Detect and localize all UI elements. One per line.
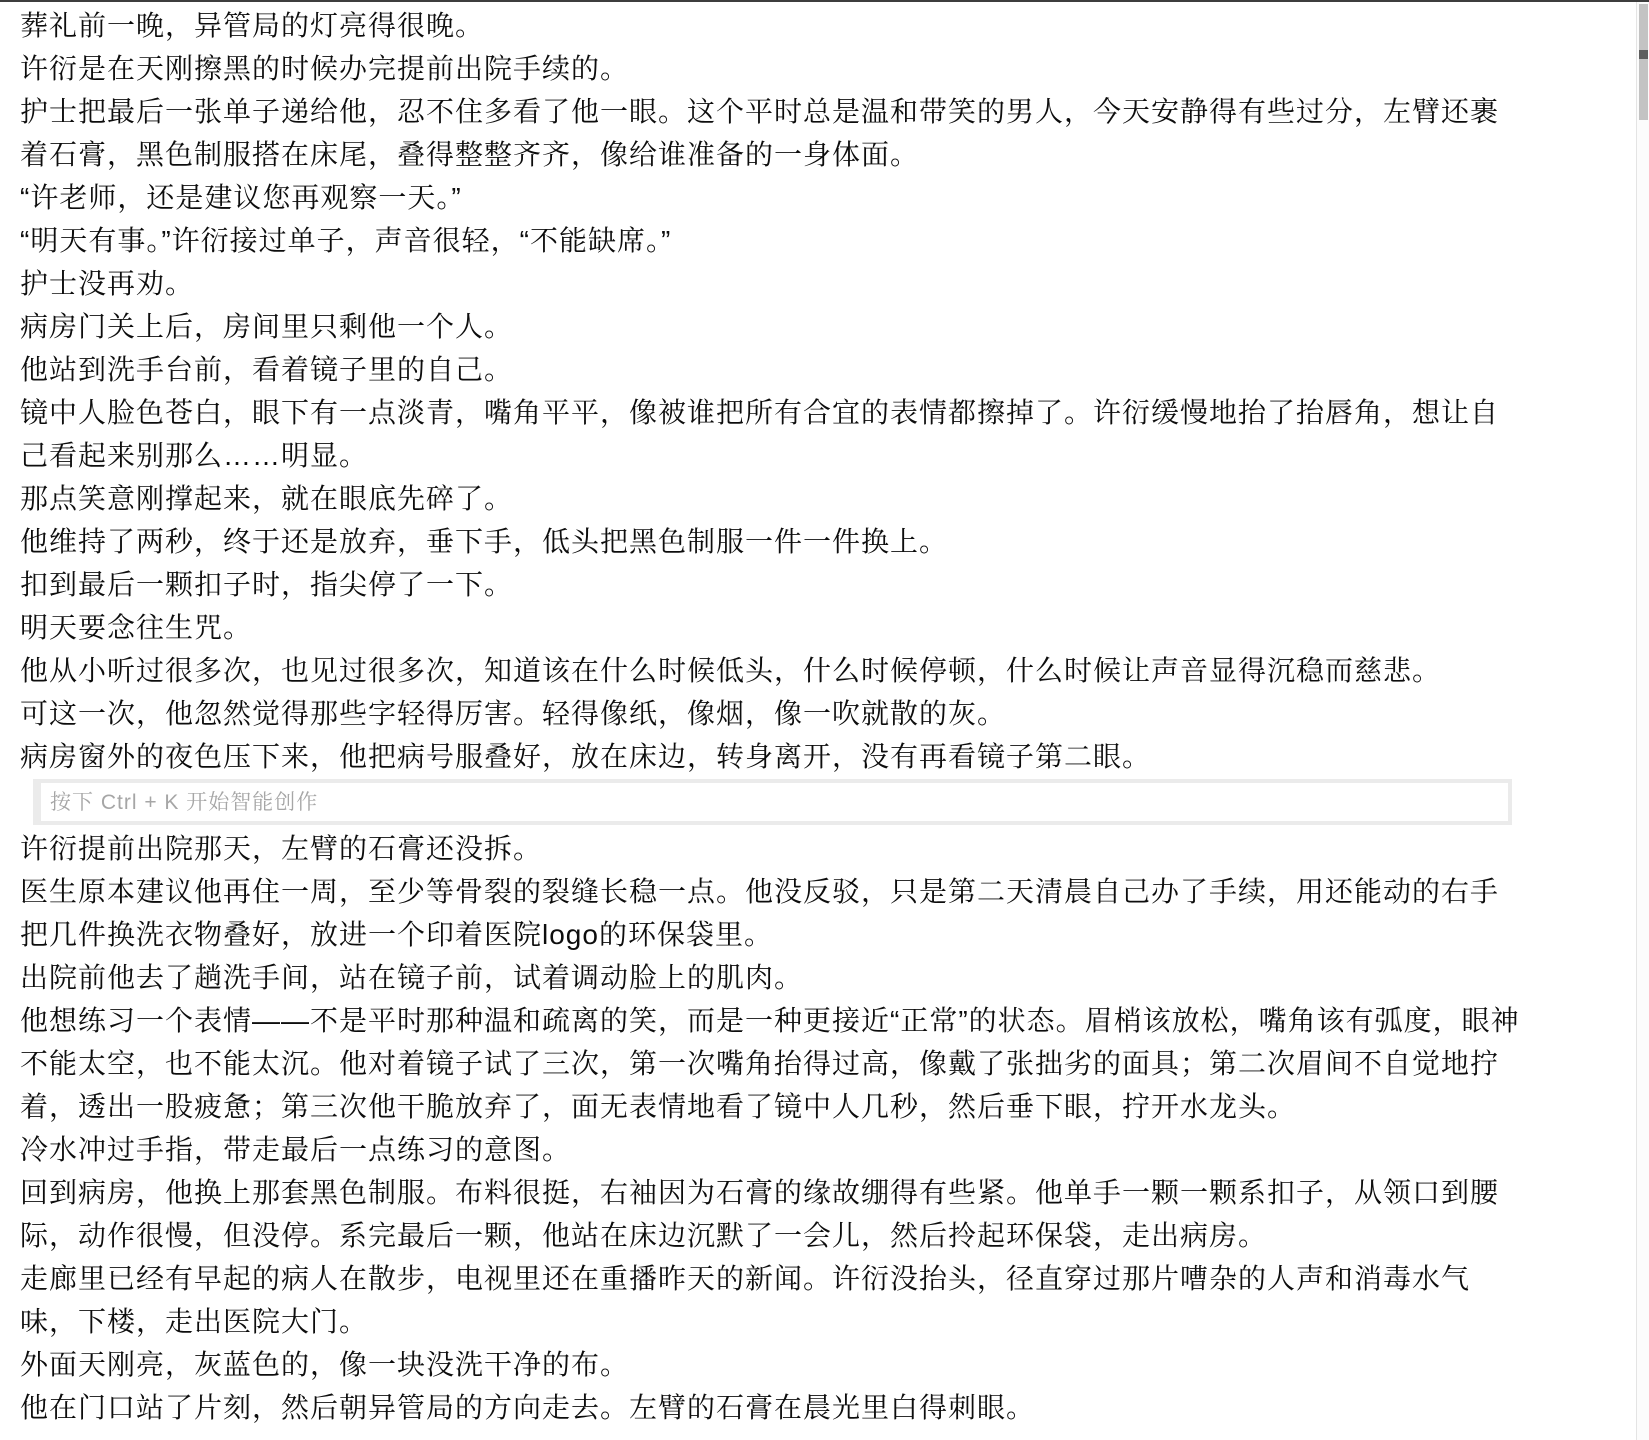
- paragraph[interactable]: 那点笑意刚撑起来，就在眼底先碎了。: [20, 477, 1525, 520]
- scrollbar-marker: [1639, 50, 1648, 59]
- scrollbar-thumb[interactable]: [1639, 4, 1648, 120]
- editor-document[interactable]: 葬礼前一晚，异管局的灯亮得很晚。许衍是在天刚擦黑的时候办完提前出院手续的。护士把…: [0, 2, 1649, 1429]
- paragraph-section-bottom: 许衍提前出院那天，左臂的石膏还没拆。医生原本建议他再住一周，至少等骨裂的裂缝长稳…: [20, 827, 1525, 1429]
- ai-prompt-bar[interactable]: 按下 Ctrl + K 开始智能创作: [33, 779, 1512, 825]
- paragraph[interactable]: 许衍是在天刚擦黑的时候办完提前出院手续的。: [20, 47, 1525, 90]
- paragraph[interactable]: 明天要念往生咒。: [20, 606, 1525, 649]
- paragraph[interactable]: 他从小听过很多次，也见过很多次，知道该在什么时候低头，什么时候停顿，什么时候让声…: [20, 649, 1525, 692]
- paragraph[interactable]: 他在门口站了片刻，然后朝异管局的方向走去。左臂的石膏在晨光里白得刺眼。: [20, 1386, 1525, 1429]
- paragraph[interactable]: 护士没再劝。: [20, 262, 1525, 305]
- paragraph[interactable]: 他想练习一个表情——不是平时那种温和疏离的笑，而是一种更接近“正常”的状态。眉梢…: [20, 999, 1525, 1128]
- paragraph[interactable]: 出院前他去了趟洗手间，站在镜子前，试着调动脸上的肌肉。: [20, 956, 1525, 999]
- paragraph[interactable]: 病房门关上后，房间里只剩他一个人。: [20, 305, 1525, 348]
- paragraph[interactable]: 他维持了两秒，终于还是放弃，垂下手，低头把黑色制服一件一件换上。: [20, 520, 1525, 563]
- paragraph[interactable]: 外面天刚亮，灰蓝色的，像一块没洗干净的布。: [20, 1343, 1525, 1386]
- paragraph[interactable]: 许衍提前出院那天，左臂的石膏还没拆。: [20, 827, 1525, 870]
- paragraph[interactable]: 冷水冲过手指，带走最后一点练习的意图。: [20, 1128, 1525, 1171]
- paragraph[interactable]: 护士把最后一张单子递给他，忍不住多看了他一眼。这个平时总是温和带笑的男人，今天安…: [20, 90, 1525, 176]
- paragraph[interactable]: 扣到最后一颗扣子时，指尖停了一下。: [20, 563, 1525, 606]
- vertical-scrollbar[interactable]: [1636, 2, 1649, 1440]
- paragraph[interactable]: 葬礼前一晚，异管局的灯亮得很晚。: [20, 4, 1525, 47]
- paragraph[interactable]: “明天有事。”许衍接过单子，声音很轻，“不能缺席。”: [20, 219, 1525, 262]
- paragraph[interactable]: “许老师，还是建议您再观察一天。”: [20, 176, 1525, 219]
- paragraph-section-top: 葬礼前一晚，异管局的灯亮得很晚。许衍是在天刚擦黑的时候办完提前出院手续的。护士把…: [20, 4, 1525, 778]
- paragraph[interactable]: 镜中人脸色苍白，眼下有一点淡青，嘴角平平，像被谁把所有合宜的表情都擦掉了。许衍缓…: [20, 391, 1525, 477]
- paragraph[interactable]: 他站到洗手台前，看着镜子里的自己。: [20, 348, 1525, 391]
- paragraph[interactable]: 回到病房，他换上那套黑色制服。布料很挺，右袖因为石膏的缘故绷得有些紧。他单手一颗…: [20, 1171, 1525, 1257]
- ai-prompt-placeholder: 按下 Ctrl + K 开始智能创作: [41, 781, 318, 824]
- paragraph[interactable]: 可这一次，他忽然觉得那些字轻得厉害。轻得像纸，像烟，像一吹就散的灰。: [20, 692, 1525, 735]
- paragraph[interactable]: 医生原本建议他再住一周，至少等骨裂的裂缝长稳一点。他没反驳，只是第二天清晨自己办…: [20, 870, 1525, 956]
- paragraph[interactable]: 走廊里已经有早起的病人在散步，电视里还在重播昨天的新闻。许衍没抬头，径直穿过那片…: [20, 1257, 1525, 1343]
- paragraph[interactable]: 病房窗外的夜色压下来，他把病号服叠好，放在床边，转身离开，没有再看镜子第二眼。: [20, 735, 1525, 778]
